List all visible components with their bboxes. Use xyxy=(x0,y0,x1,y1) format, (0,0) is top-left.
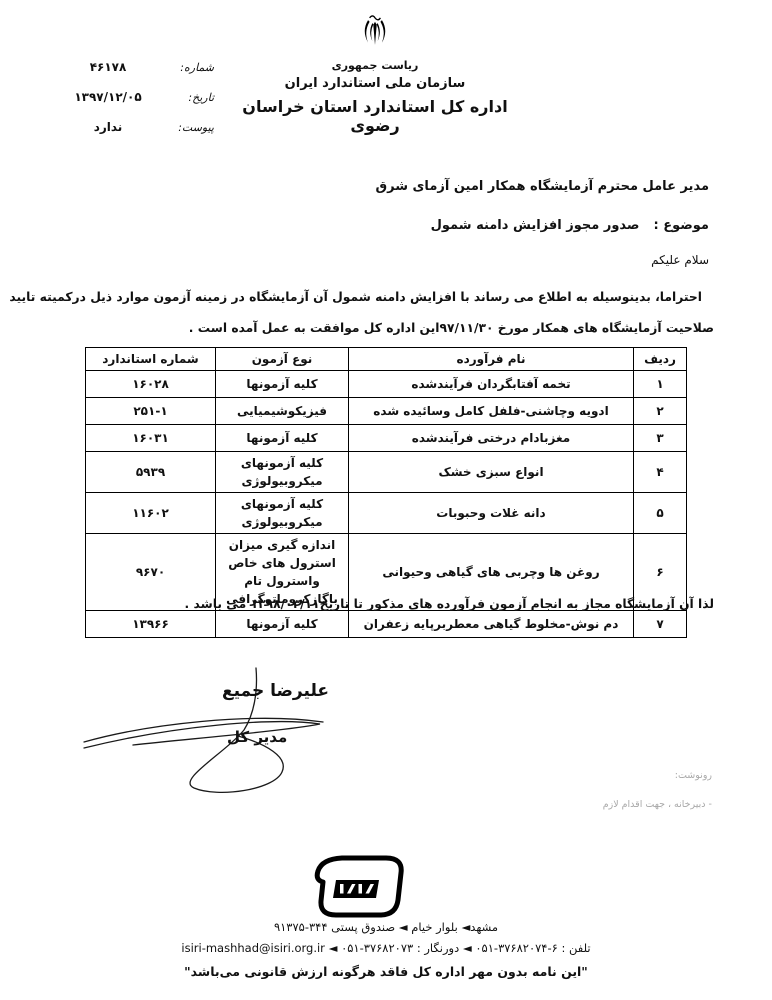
signatory-title: مدیر کل xyxy=(227,728,287,746)
subject-label: موضوع : xyxy=(653,218,709,233)
cell-product: مغزبادام درختی فرآیندشده xyxy=(349,425,634,452)
isiri-logo-icon xyxy=(302,852,420,924)
date-value: ۱۳۹۷/۱۲/۰۵ xyxy=(60,90,156,104)
letterhead-presidency: ریاست جمهوری xyxy=(222,59,528,72)
table-row: ۱تخمه آفتابگردان فرآیندشدهکلیه آزمونها۱۶… xyxy=(86,371,687,398)
number-value: ۴۶۱۷۸ xyxy=(60,60,156,74)
letterhead-office: اداره کل استاندارد استان خراسان رضوی xyxy=(222,97,528,135)
header-standard-number: شماره استاندارد xyxy=(86,348,216,371)
cell-row-number: ۴ xyxy=(634,452,687,493)
cell-row-number: ۵ xyxy=(634,493,687,534)
cell-standard-number: ۱۱۶۰۲ xyxy=(86,493,216,534)
cell-standard-number: ۵۹۳۹ xyxy=(86,452,216,493)
table-header-row: ردیف نام فرآورده نوع آزمون شماره استاندا… xyxy=(86,348,687,371)
cell-standard-number: ۱۶۰۳۱ xyxy=(86,425,216,452)
cell-row-number: ۳ xyxy=(634,425,687,452)
cell-product: انواع سبزی خشک xyxy=(349,452,634,493)
cell-test-type: کلیه آزمونها xyxy=(216,611,349,638)
letterhead-meta: شماره: ۴۶۱۷۸ تاریخ: ۱۳۹۷/۱۲/۰۵ پیوست: ند… xyxy=(60,60,214,150)
letter-body: احتراما، بدینوسیله به اطلاع می رساند با … xyxy=(55,282,714,344)
header-row-number: ردیف xyxy=(634,348,687,371)
iran-coat-of-arms-icon xyxy=(222,8,528,58)
cell-standard-number: ۱۳۹۶۶ xyxy=(86,611,216,638)
closing-line: لذا آن آزمایشگاه مجاز به انجام آزمون فرآ… xyxy=(185,597,714,611)
cell-test-type: کلیه آزمونهای میکروبیولوژی xyxy=(216,452,349,493)
table-row: ۴انواع سبزی خشککلیه آزمونهای میکروبیولوژ… xyxy=(86,452,687,493)
scope-table: ردیف نام فرآورده نوع آزمون شماره استاندا… xyxy=(85,347,687,638)
table-row: ۵دانه غلات وحبوباتکلیه آزمونهای میکروبیو… xyxy=(86,493,687,534)
letterhead-organization: سازمان ملی استاندارد ایران xyxy=(222,76,528,91)
subject-line: موضوع :صدور مجوز افزایش دامنه شمول xyxy=(431,218,709,233)
number-row: شماره: ۴۶۱۷۸ xyxy=(60,60,214,90)
body-line-2: صلاحیت آزمایشگاه های همکار مورخ ۹۷/۱۱/۳۰… xyxy=(55,313,714,344)
signatory-name: علیرضا جمیع xyxy=(222,681,329,701)
cell-row-number: ۱ xyxy=(634,371,687,398)
cell-row-number: ۲ xyxy=(634,398,687,425)
date-row: تاریخ: ۱۳۹۷/۱۲/۰۵ xyxy=(60,90,214,120)
body-line-1: احتراما، بدینوسیله به اطلاع می رساند با … xyxy=(55,282,714,313)
cell-product: ادویه وچاشنی-فلفل کامل وسائیده شده xyxy=(349,398,634,425)
footer-phone: تلفن : ۶-۳۷۶۸۲۰۷۴-۰۵۱ ◄ دورنگار : ۳۷۶۸۲۰… xyxy=(0,941,772,955)
attachment-value: ندارد xyxy=(60,120,156,134)
cc-item: - دبیرخانه ، جهت اقدام لازم xyxy=(603,799,712,810)
cc-items: - دبیرخانه ، جهت اقدام لازم xyxy=(603,799,712,810)
letter-page: شماره: ۴۶۱۷۸ تاریخ: ۱۳۹۷/۱۲/۰۵ پیوست: ند… xyxy=(0,0,772,1000)
cell-standard-number: ۱۶۰۲۸ xyxy=(86,371,216,398)
cell-product: دم نوش-مخلوط گیاهی معطربرپایه زعفران xyxy=(349,611,634,638)
attachment-row: پیوست: ندارد xyxy=(60,120,214,150)
footer-address: مشهد◄ بلوار خیام ◄ صندوق پستی ۳۴۴-۹۱۳۷۵ xyxy=(0,920,772,934)
letterhead: ریاست جمهوری سازمان ملی استاندارد ایران … xyxy=(222,8,528,135)
cell-product: دانه غلات وحبوبات xyxy=(349,493,634,534)
salutation: سلام علیکم xyxy=(651,253,709,267)
cc-block: رونوشت: - دبیرخانه ، جهت اقدام لازم xyxy=(603,770,712,810)
header-test-type: نوع آزمون xyxy=(216,348,349,371)
recipient-line: مدیر عامل محترم آزمایشگاه همکار امین آزم… xyxy=(376,179,710,194)
footer-disclaimer: "این نامه بدون مهر اداره کل فاقد هرگونه … xyxy=(0,964,772,979)
attachment-label: پیوست: xyxy=(178,121,214,134)
cell-test-type: کلیه آزمونهای میکروبیولوژی xyxy=(216,493,349,534)
table-row: ۷دم نوش-مخلوط گیاهی معطربرپایه زعفرانکلی… xyxy=(86,611,687,638)
header-product: نام فرآورده xyxy=(349,348,634,371)
table-row: ۲ادویه وچاشنی-فلفل کامل وسائیده شدهفیزیک… xyxy=(86,398,687,425)
date-label: تاریخ: xyxy=(188,91,214,104)
cell-test-type: فیزیکوشیمیایی xyxy=(216,398,349,425)
subject-text: صدور مجوز افزایش دامنه شمول xyxy=(431,218,640,233)
number-label: شماره: xyxy=(180,61,214,74)
cc-label: رونوشت: xyxy=(603,770,712,781)
cell-test-type: کلیه آزمونها xyxy=(216,425,349,452)
cell-row-number: ۷ xyxy=(634,611,687,638)
table-row: ۳مغزبادام درختی فرآیندشدهکلیه آزمونها۱۶۰… xyxy=(86,425,687,452)
cell-standard-number: ۲۵۱-۱ xyxy=(86,398,216,425)
cell-product: تخمه آفتابگردان فرآیندشده xyxy=(349,371,634,398)
cell-test-type: کلیه آزمونها xyxy=(216,371,349,398)
